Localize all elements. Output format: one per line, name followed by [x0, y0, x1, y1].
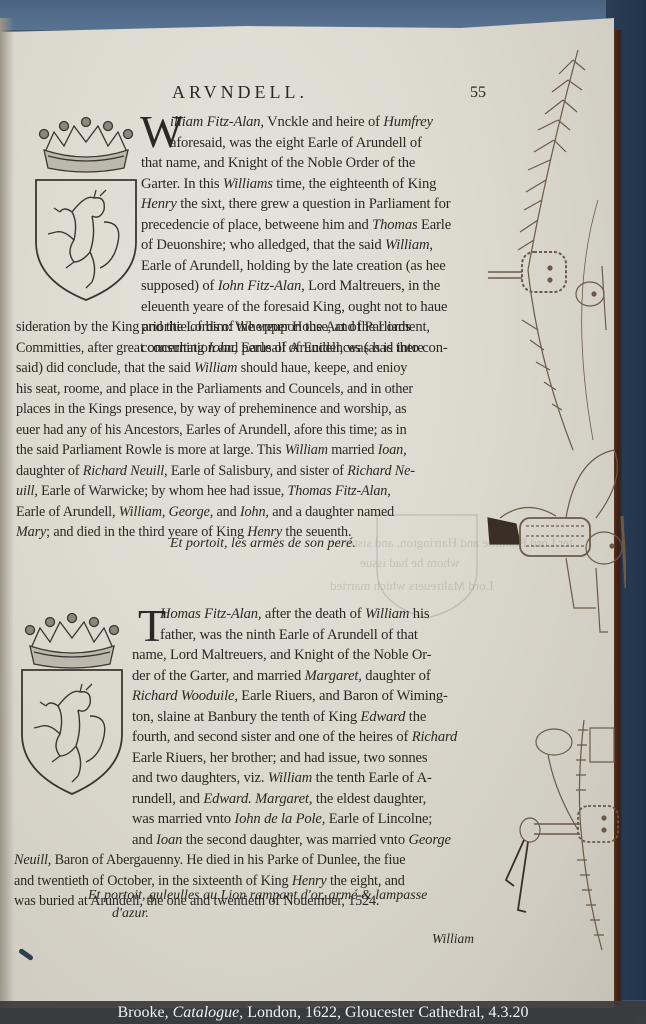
- arms-motto-continued: d'azur.: [112, 906, 149, 922]
- text-line: Homas Fitz-Alan, after the death of Will…: [160, 604, 490, 625]
- catchword: William: [432, 931, 474, 947]
- caption-details: , London, 1622, Gloucester Cathedral, 4.…: [239, 1004, 528, 1021]
- text-line: the said Parliament Rowle is more at lar…: [16, 440, 491, 461]
- entry2-text-indented: name, Lord Maltreuers, and Knight of the…: [132, 645, 492, 850]
- text-line: was married vnto Iohn de la Pole, Earle …: [132, 809, 492, 830]
- text-line: his seat, roome, and place in the Parlia…: [16, 379, 491, 400]
- gutter-shadow: [0, 18, 14, 1008]
- text-line: Richard Wooduile, Earle Riuers, and Baro…: [132, 686, 492, 707]
- text-line: Earle of Arundell, William, George, and …: [16, 502, 491, 523]
- text-line: Committies, after great consultation and…: [16, 338, 491, 359]
- text-line: places in the Kings presence, by way of …: [16, 399, 491, 420]
- coronet-and-lion-shield-icon: [20, 608, 124, 798]
- text-line: Earle of Arundell, holding by the late c…: [141, 256, 491, 277]
- arms-motto: Et portoit, guleulles au Lion rampant d'…: [88, 888, 427, 904]
- text-line: father, was the ninth Earle of Arundell …: [160, 625, 490, 646]
- text-line: and Ioan the second daughter, was marrie…: [132, 830, 492, 851]
- text-line: Garter. In this Williams time, the eight…: [141, 174, 491, 195]
- text-line: aforesaid, was the eight Earle of Arunde…: [170, 133, 490, 154]
- text-line: said) did conclude, that the said Willia…: [16, 358, 491, 379]
- doodle-figure-top-icon: [478, 40, 618, 460]
- arms-motto: Et portoit, les armes de son peré.: [170, 536, 356, 552]
- text-line: uill, Earle of Warwicke; by whom hee had…: [16, 481, 491, 502]
- text-line: daughter of Richard Neuill, Earle of Sal…: [16, 461, 491, 482]
- text-line: eleuenth yeare of the foresaid King, oug…: [141, 297, 491, 318]
- text-line: sideration by the King and the Lords of …: [16, 317, 491, 338]
- entry1-text-full: sideration by the King and the Lords of …: [16, 317, 491, 543]
- text-line: euer had any of his Ancestors, Earles of…: [16, 420, 491, 441]
- text-line: Earle Riuers, her brother; and had issue…: [132, 748, 492, 769]
- text-line: of Deuonshire; who alledged, that the sa…: [141, 235, 491, 256]
- text-line: fourth, and second sister and one of the…: [132, 727, 492, 748]
- text-line: rundell, and Edward. Margaret, the eldes…: [132, 789, 492, 810]
- text-line: supposed) of Iohn Fitz-Alan, Lord Maltre…: [141, 276, 491, 297]
- coronet-and-lion-shield-icon: [34, 112, 138, 302]
- running-head: ARVNDELL.: [172, 82, 308, 103]
- doodle-figure-bottom-icon: [494, 710, 634, 960]
- text-line: ton, slaine at Banbury the tenth of King…: [132, 707, 492, 728]
- text-line: der of the Garter, and married Margaret,…: [132, 666, 492, 687]
- doodle-figure-middle-icon: [486, 448, 626, 648]
- text-line: and two daughters, viz. William the tent…: [132, 768, 492, 789]
- caption-author: Brooke,: [117, 1004, 172, 1021]
- text-line: precedencie of place, betweene him and T…: [141, 215, 491, 236]
- text-line: Neuill, Baron of Abergauenny. He died in…: [14, 850, 492, 871]
- text-line: Henry the sixt, there grew a question in…: [141, 194, 491, 215]
- text-line: name, Lord Maltreuers, and Knight of the…: [132, 645, 492, 666]
- text-line: illiam Fitz-Alan, Vnckle and heire of Hu…: [170, 112, 490, 133]
- entry2-text-top: Homas Fitz-Alan, after the death of Will…: [160, 604, 490, 645]
- caption-title: Catalogue: [173, 1004, 240, 1021]
- entry1-text-top: illiam Fitz-Alan, Vnckle and heire of Hu…: [170, 112, 490, 153]
- text-line: that name, and Knight of the Noble Order…: [141, 153, 491, 174]
- caption-bar: Brooke, Catalogue, London, 1622, Glouces…: [0, 1001, 646, 1024]
